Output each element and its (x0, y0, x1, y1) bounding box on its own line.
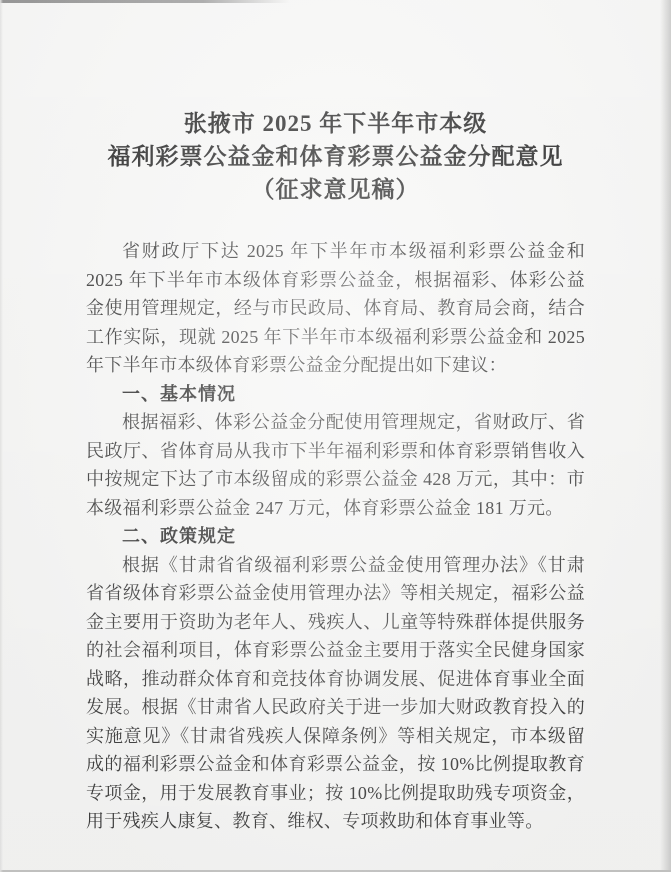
page-edge-left (0, 0, 3, 872)
document-title: 张掖市 2025 年下半年市本级 福利彩票公益金和体育彩票公益金分配意见 （征求… (70, 107, 601, 206)
title-line-3: （征求意见稿） (70, 173, 601, 206)
intro-paragraph: 省财政厅下达 2025 年下半年市本级福利彩票公益金和 2025 年下半年市本级… (86, 237, 585, 380)
title-line-2: 福利彩票公益金和体育彩票公益金分配意见 (70, 140, 601, 173)
section-heading-policy-provisions: 二、政策规定 (86, 522, 585, 551)
document-body: 省财政厅下达 2025 年下半年市本级福利彩票公益金和 2025 年下半年市本级… (86, 237, 585, 836)
basic-situation-paragraph: 根据福彩、体彩公益金分配使用管理规定，省财政厅、省民政厅、省体育局从我市下半年福… (86, 408, 585, 522)
page-edge-right (660, 0, 671, 872)
policy-provisions-paragraph: 根据《甘肃省省级福利彩票公益金使用管理办法》《甘肃省省级体育彩票公益金使用管理办… (86, 551, 585, 836)
title-line-1: 张掖市 2025 年下半年市本级 (70, 107, 601, 140)
section-heading-basic-situation: 一、基本情况 (86, 380, 585, 409)
scanned-document-page: 张掖市 2025 年下半年市本级 福利彩票公益金和体育彩票公益金分配意见 （征求… (0, 0, 671, 872)
page-edge-top (0, 0, 290, 3)
